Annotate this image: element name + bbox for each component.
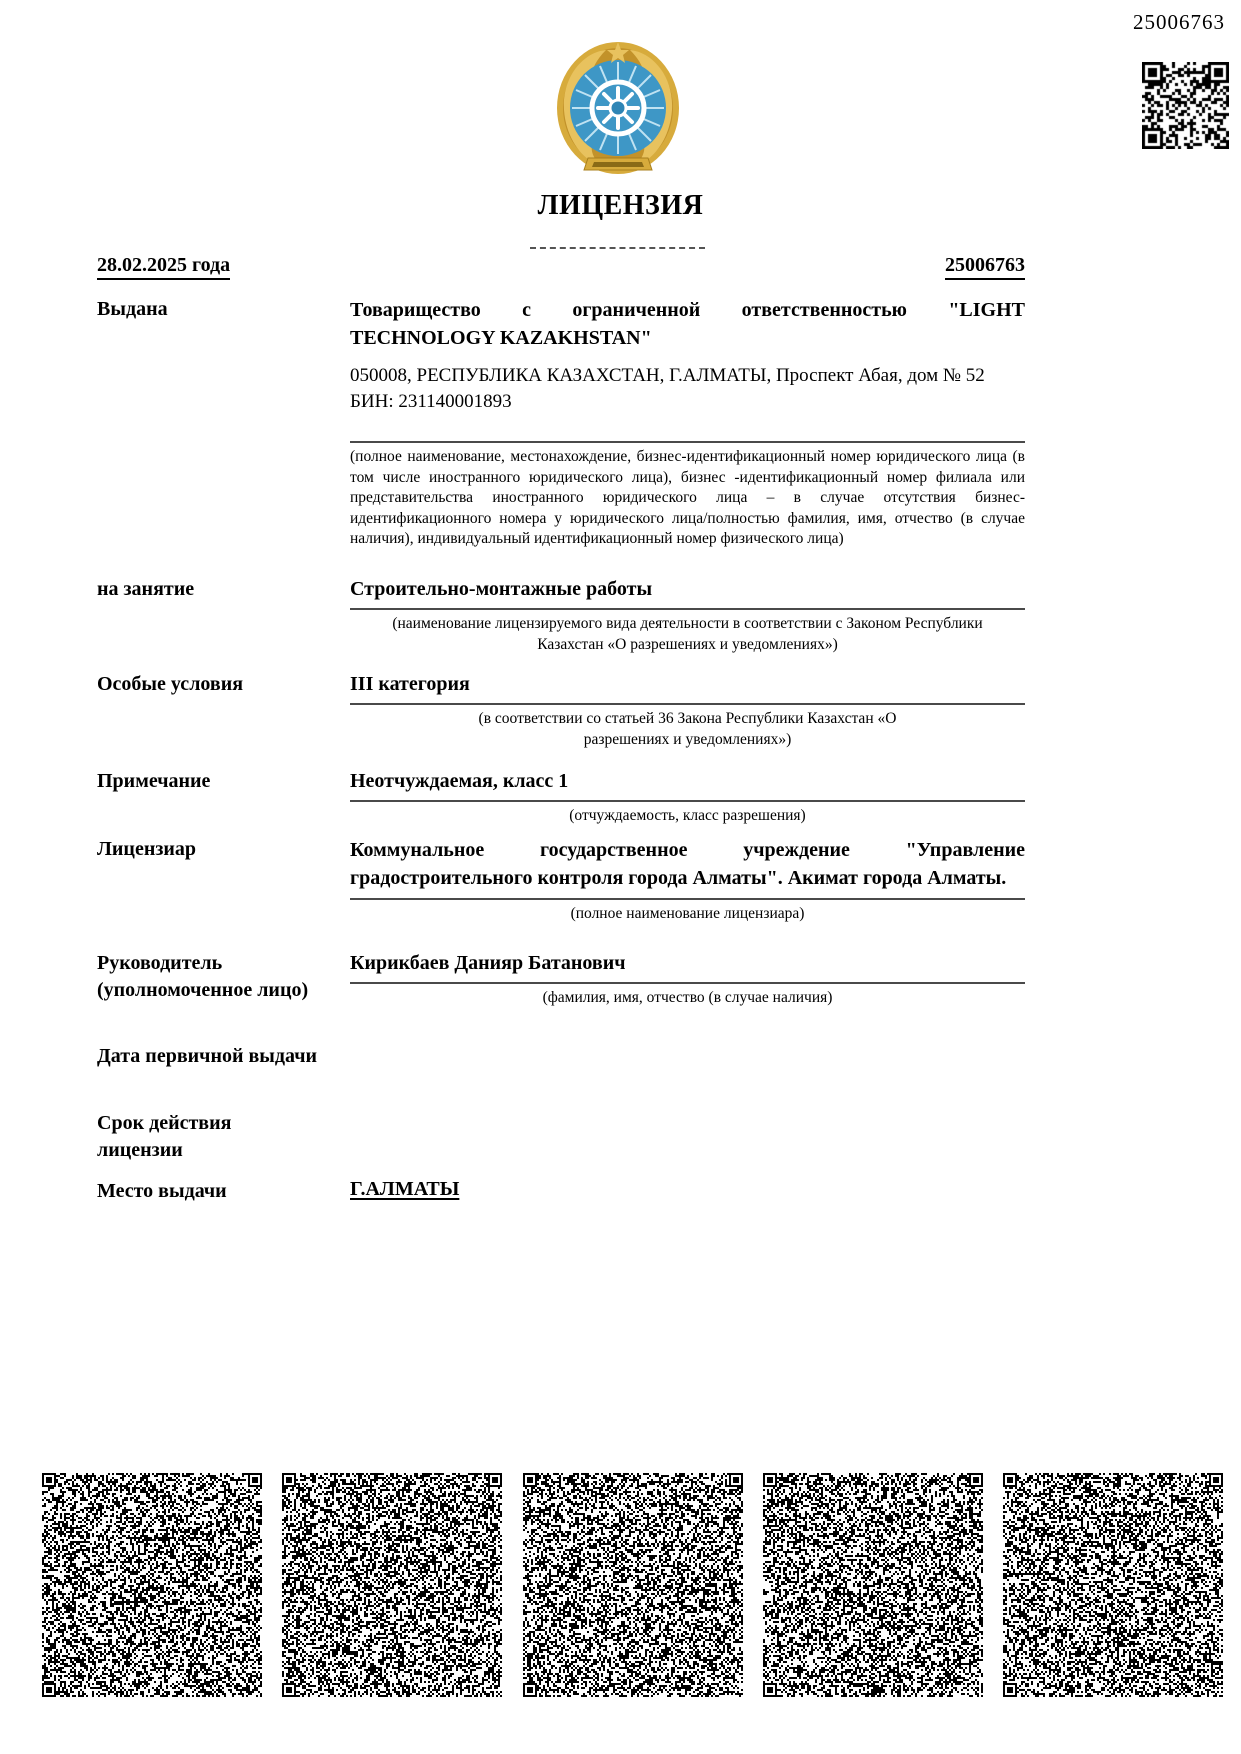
company-address: 050008, РЕСПУБЛИКА КАЗАХСТАН, Г.АЛМАТЫ, …: [350, 363, 1025, 415]
field-first-issue-date: Дата первичной выдачи: [97, 1043, 1025, 1070]
document-body: 28.02.2025 года 25006763 Выдана Товарище…: [97, 254, 1025, 1205]
document-title: ЛИЦЕНЗИЯ: [0, 190, 1241, 222]
corner-license-number: 25006763: [1133, 10, 1225, 35]
field-label: Выдана: [97, 296, 350, 323]
field-caption: (полное наименование лицензиара): [350, 903, 1025, 924]
field-label: Руководитель (уполномоченное лицо): [97, 950, 350, 1004]
kazakhstan-emblem-icon: [554, 38, 682, 180]
barcode-block-icon: [523, 1473, 743, 1697]
field-label: Срок действия лицензии: [97, 1110, 350, 1164]
field-note: Примечание Неотчуждаемая, класс 1 (отчуж…: [97, 768, 1025, 826]
label-line: (уполномоченное лицо): [97, 977, 350, 1004]
field-label: Дата первичной выдачи: [97, 1043, 1025, 1070]
note-value: Неотчуждаемая, класс 1: [350, 768, 1025, 794]
licensor-value: Коммунальное государственное учреждение …: [350, 836, 1025, 892]
label-line: Руководитель: [97, 950, 350, 977]
horizontal-rule: [350, 703, 1025, 705]
barcode-block-icon: [42, 1473, 262, 1697]
label-line: Срок действия: [97, 1110, 350, 1137]
field-caption: (отчуждаемость, класс разрешения): [350, 805, 1025, 826]
date-number-row: 28.02.2025 года 25006763: [97, 254, 1025, 280]
field-label: Место выдачи: [97, 1178, 350, 1205]
field-caption: (полное наименование, местонахождение, б…: [350, 447, 1025, 550]
barcode-block-icon: [763, 1473, 983, 1697]
barcode-block-icon: [1003, 1473, 1223, 1697]
field-label: Примечание: [97, 768, 350, 795]
barcode-block-icon: [282, 1473, 502, 1697]
bin-line: БИН: 231140001893: [350, 389, 1025, 415]
field-activity: на занятие Строительно-монтажные работы …: [97, 576, 1025, 655]
field-label: на занятие: [97, 576, 350, 603]
field-head-person: Руководитель (уполномоченное лицо) Кирик…: [97, 950, 1025, 1008]
field-label: Особые условия: [97, 671, 350, 698]
horizontal-rule: [350, 898, 1025, 900]
special-conditions-value: III категория: [350, 671, 1025, 697]
head-person-value: Кирикбаев Данияр Батанович: [350, 950, 1025, 976]
issue-place-value: Г.АЛМАТЫ: [350, 1178, 459, 1200]
field-issue-place: Место выдачи Г.АЛМАТЫ: [97, 1178, 1025, 1205]
field-caption: (в соответствии со статьей 36 Закона Рес…: [350, 708, 1025, 750]
label-line: лицензии: [97, 1137, 350, 1164]
field-validity-period: Срок действия лицензии: [97, 1110, 1025, 1164]
field-special-conditions: Особые условия III категория (в соответс…: [97, 671, 1025, 750]
field-issued-to: Выдана Товарищество с ограниченной ответ…: [97, 296, 1025, 550]
activity-value: Строительно-монтажные работы: [350, 576, 1025, 602]
field-caption: (фамилия, имя, отчество (в случае наличи…: [350, 987, 1025, 1008]
horizontal-rule: [350, 982, 1025, 984]
field-caption: (наименование лицензируемого вида деятел…: [350, 613, 1025, 655]
license-document-page: 25006763: [0, 0, 1241, 1754]
license-number: 25006763: [945, 254, 1025, 280]
company-name: Товарищество с ограниченной ответственно…: [350, 296, 1025, 352]
field-label: Лицензиар: [97, 836, 350, 863]
horizontal-rule: [350, 441, 1025, 443]
horizontal-rule: [350, 608, 1025, 610]
field-licensor: Лицензиар Коммунальное государственное у…: [97, 836, 1025, 924]
address-line: 050008, РЕСПУБЛИКА КАЗАХСТАН, Г.АЛМАТЫ, …: [350, 363, 1025, 389]
signature-barcode-strip: [42, 1473, 1223, 1697]
horizontal-rule: [350, 800, 1025, 802]
issue-date: 28.02.2025 года: [97, 254, 230, 280]
qr-code-icon: [1142, 62, 1229, 149]
title-underline-mark: [530, 247, 705, 249]
